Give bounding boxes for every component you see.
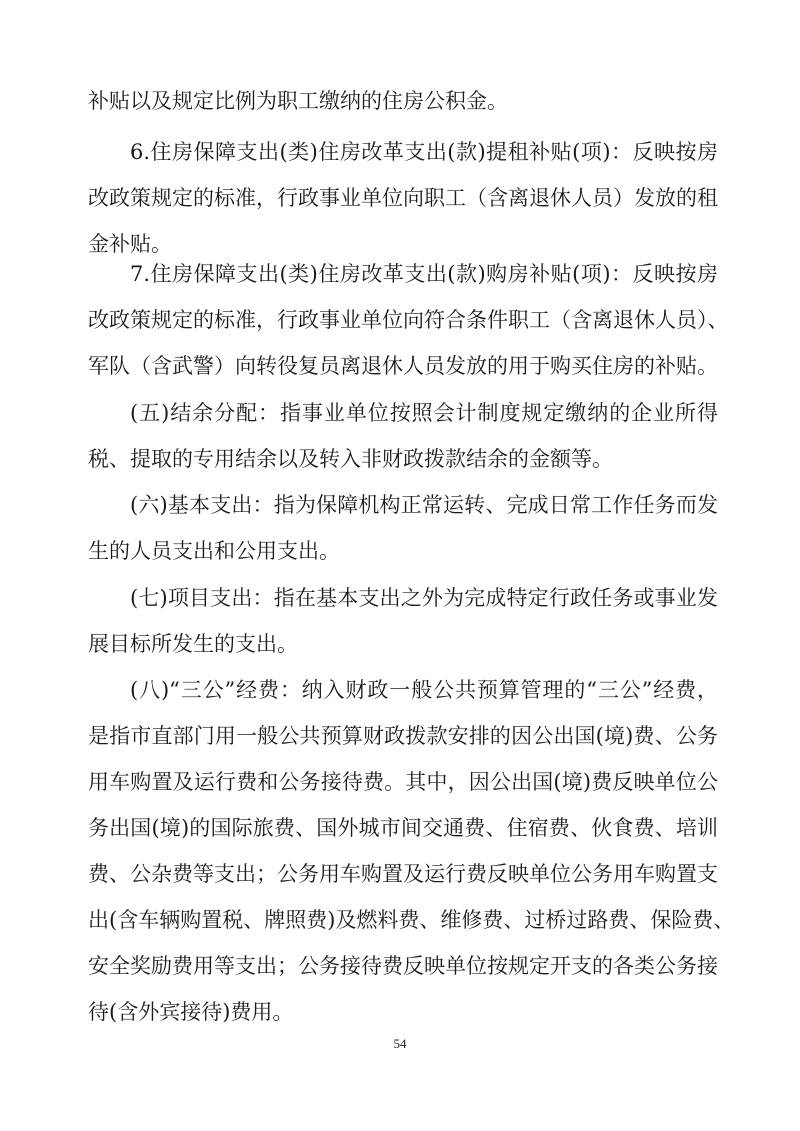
paragraph-line: 改政策规定的标准，行政事业单位向符合条件职工（含离退休人员）、 xyxy=(88,305,718,335)
paragraph-line: (八)“三公”经费：纳入财政一般公共预算管理的“三公”经费， xyxy=(130,675,718,705)
paragraph-line: 税、提取的专用结余以及转入非财政拨款结余的金额等。 xyxy=(88,444,718,474)
page-number: 54 xyxy=(0,1036,800,1052)
paragraph-line: 6.住房保障支出(类)住房改革支出(款)提租补贴(项)：反映按房 xyxy=(130,137,718,167)
paragraph-line: 安全奖励费用等支出；公务接待费反映单位按规定开支的各类公务接 xyxy=(88,951,718,981)
paragraph-line: (六)基本支出：指为保障机构正常运转、完成日常工作任务而发 xyxy=(130,490,718,520)
paragraph-line: 待(含外宾接待)费用。 xyxy=(88,997,718,1027)
paragraph-line: 生的人员支出和公用支出。 xyxy=(88,536,718,566)
paragraph-line: (五)结余分配：指事业单位按照会计制度规定缴纳的企业所得 xyxy=(130,398,718,428)
paragraph-line: 费、公杂费等支出；公务用车购置及运行费反映单位公务用车购置支 xyxy=(88,859,718,889)
paragraph-line: 展目标所发生的支出。 xyxy=(88,629,718,659)
paragraph-line: (七)项目支出：指在基本支出之外为完成特定行政任务或事业发 xyxy=(130,583,718,613)
paragraph-line: 出(含车辆购置税、牌照费)及燃料费、维修费、过桥过路费、保险费、 xyxy=(88,905,718,935)
paragraph-line: 军队（含武警）向转役复员离退休人员发放的用于购买住房的补贴。 xyxy=(88,351,718,381)
document-page: 补贴以及规定比例为职工缴纳的住房公积金。 6.住房保障支出(类)住房改革支出(款… xyxy=(0,0,800,1131)
paragraph-line: 改政策规定的标准，行政事业单位向职工（含离退休人员）发放的租 xyxy=(88,183,718,213)
paragraph-line: 务出国(境)的国际旅费、国外城市间交通费、住宿费、伙食费、培训 xyxy=(88,813,718,843)
paragraph-line: 金补贴。 xyxy=(88,229,718,259)
paragraph-line: 是指市直部门用一般公共预算财政拨款安排的因公出国(境)费、公务 xyxy=(88,721,718,751)
paragraph-line: 用车购置及运行费和公务接待费。其中，因公出国(境)费反映单位公 xyxy=(88,767,718,797)
paragraph-line: 补贴以及规定比例为职工缴纳的住房公积金。 xyxy=(88,86,718,116)
paragraph-line: 7.住房保障支出(类)住房改革支出(款)购房补贴(项)：反映按房 xyxy=(130,259,718,289)
